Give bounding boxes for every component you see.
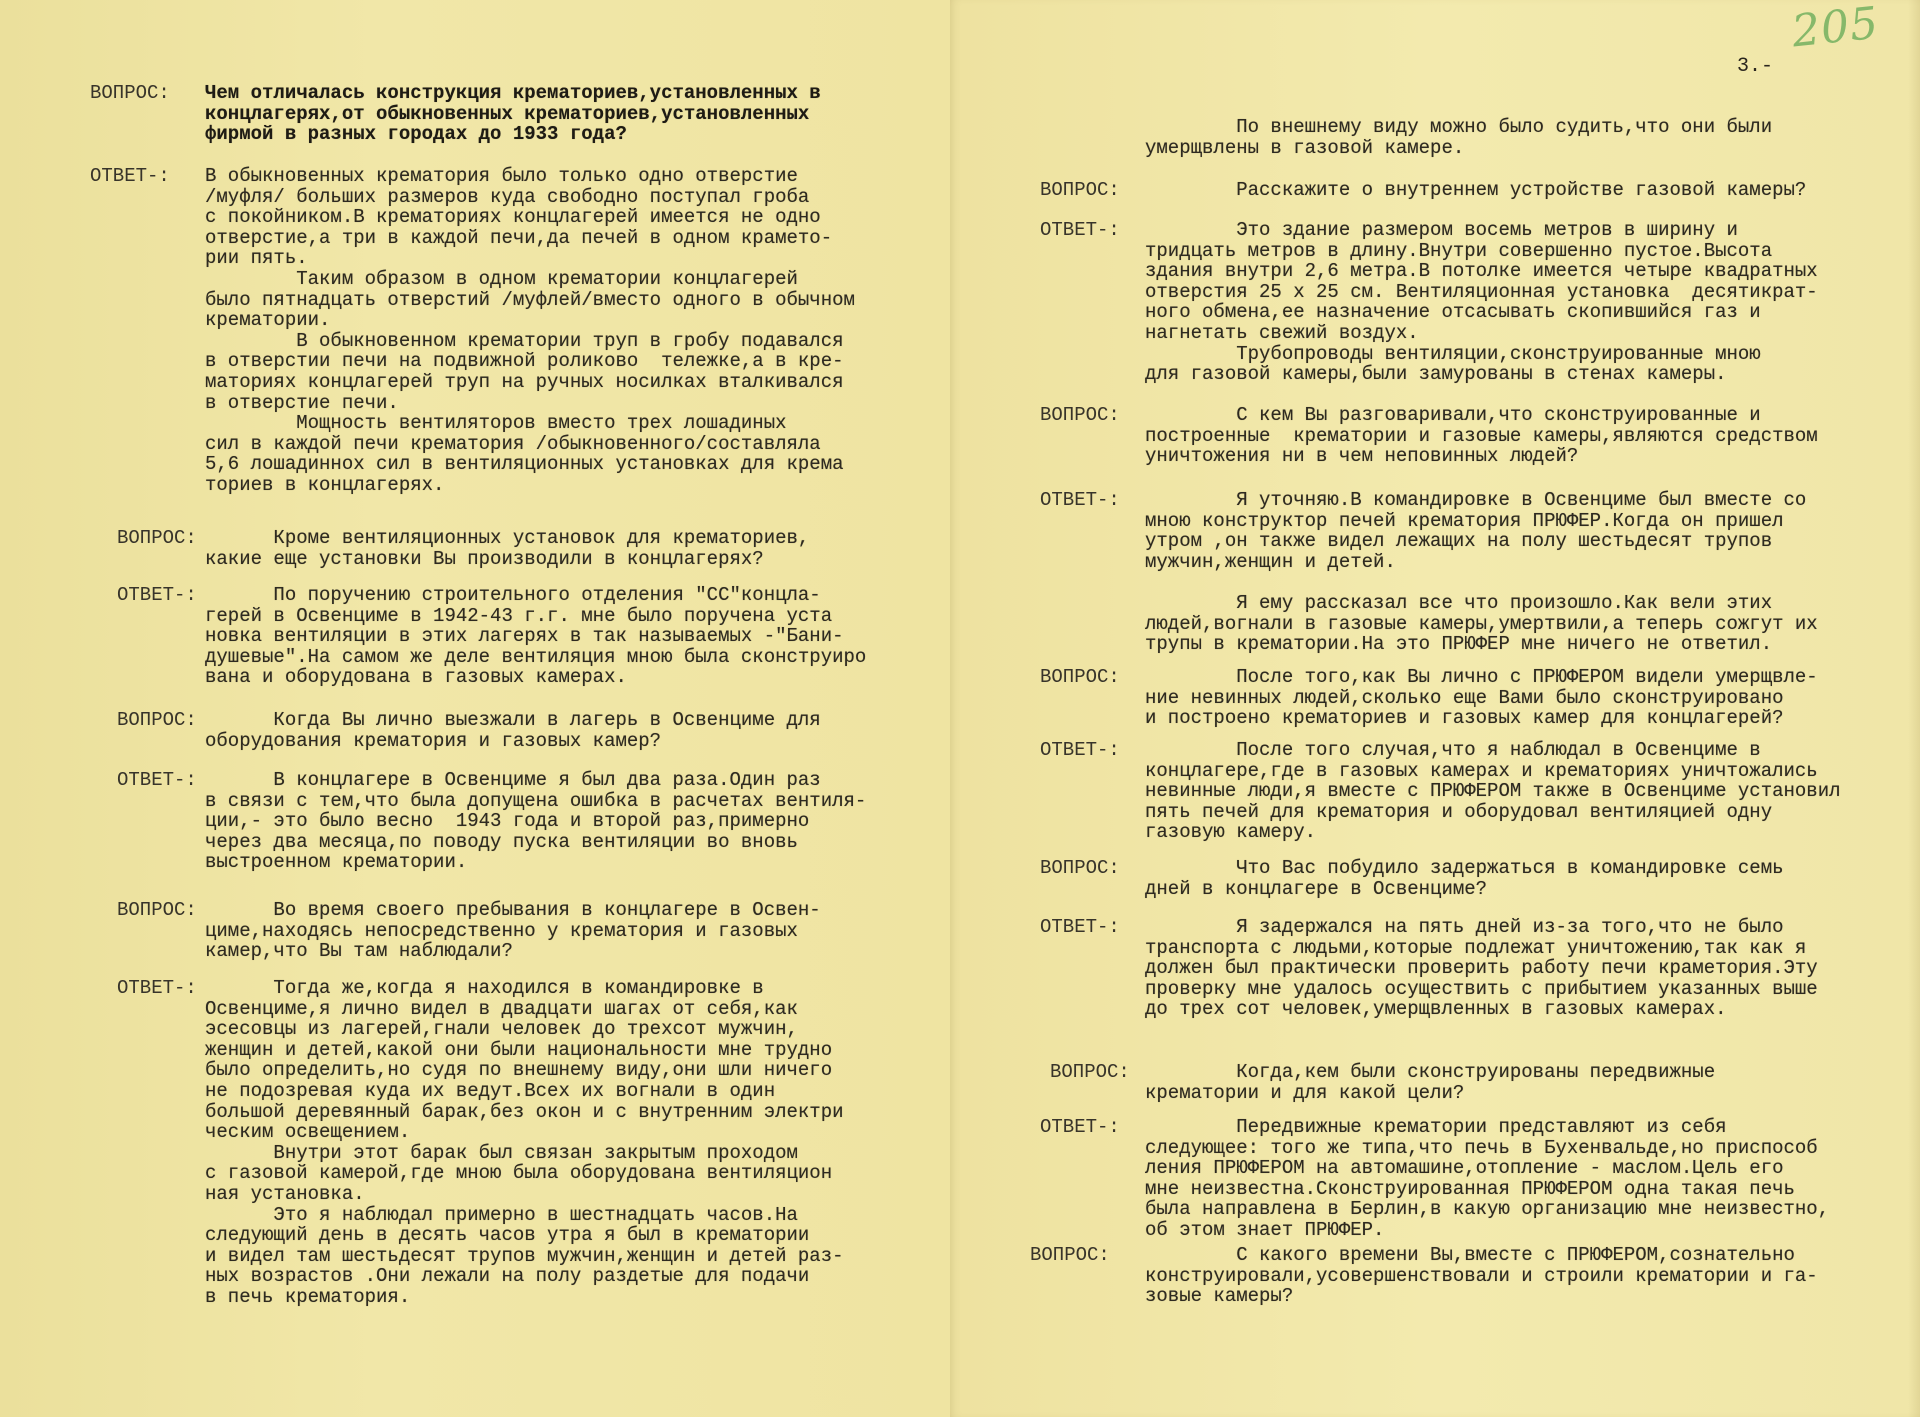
left-block-3-answer: По поручению строительного отделения "СС… (205, 585, 866, 688)
question-label: ВОПРОС: (117, 528, 197, 549)
question-label: ВОПРОС: (1030, 1245, 1110, 1266)
question-label: ВОПРОС: (117, 900, 197, 921)
left-block-7-answer: Тогда же,когда я находился в командировк… (205, 978, 844, 1308)
left-block-0-question: Чем отличалась конструкция крематориев,у… (205, 83, 821, 145)
right-block-0-answer: По внешнему виду можно было судить,что о… (1145, 117, 1772, 158)
right-block-8-answer: Я задержался на пять дней из-за того,что… (1145, 917, 1818, 1020)
question-label: ВОПРОС: (1040, 667, 1120, 688)
answer-label: ОТВЕТ-: (1040, 490, 1120, 511)
answer-label: ОТВЕТ-: (1040, 1117, 1120, 1138)
left-block-1-answer: В обыкновенных крематория было только од… (205, 166, 855, 496)
right-page: По внешнему виду можно было судить,что о… (950, 0, 1920, 1417)
answer-label: ОТВЕТ-: (1040, 917, 1120, 938)
right-block-2-answer: Это здание размером восемь метров в шири… (1145, 220, 1818, 385)
left-block-5-answer: В концлагере в Освенциме я был два раза.… (205, 770, 866, 873)
handwritten-archive-number: 205 (1790, 0, 1882, 57)
right-block-11-question: С какого времени Вы,вместе с ПРЮФЕРОМ,со… (1145, 1245, 1818, 1307)
answer-label: ОТВЕТ-: (90, 166, 170, 187)
left-block-6-question: Во время своего пребывания в концлагере … (205, 900, 821, 962)
question-label: ВОПРОС: (1040, 858, 1120, 879)
left-page: ВОПРОС:Чем отличалась конструкция кремат… (0, 0, 950, 1417)
question-label: ВОПРОС: (1050, 1062, 1130, 1083)
answer-label: ОТВЕТ-: (1040, 740, 1120, 761)
right-block-3-question: С кем Вы разговаривали,что сконструирова… (1145, 405, 1818, 467)
answer-label: ОТВЕТ-: (117, 770, 197, 791)
right-block-9-question: Когда,кем были сконструированы передвижн… (1145, 1062, 1715, 1103)
left-block-4-question: Когда Вы лично выезжали в лагерь в Освен… (205, 710, 821, 751)
right-block-6-answer: После того случая,что я наблюдал в Освен… (1145, 740, 1841, 843)
question-label: ВОПРОС: (117, 710, 197, 731)
page-number: 3.- (1737, 55, 1773, 78)
question-label: ВОПРОС: (1040, 405, 1120, 426)
right-block-1-question: Расскажите о внутреннем устройстве газов… (1145, 180, 1806, 201)
answer-label: ОТВЕТ-: (1040, 220, 1120, 241)
right-block-4-answer: Я уточняю.В командировке в Освенциме был… (1145, 490, 1818, 655)
left-block-2-question: Кроме вентиляционных установок для крема… (205, 528, 809, 569)
right-block-7-question: Что Вас побудило задержаться в командиро… (1145, 858, 1784, 899)
question-label: ВОПРОС: (1040, 180, 1120, 201)
answer-label: ОТВЕТ-: (117, 978, 197, 999)
question-label: ВОПРОС: (90, 83, 170, 104)
answer-label: ОТВЕТ-: (117, 585, 197, 606)
right-block-10-answer: Передвижные крематории представляют из с… (1145, 1117, 1829, 1241)
right-block-5-question: После того,как Вы лично с ПРЮФЕРОМ видел… (1145, 667, 1818, 729)
